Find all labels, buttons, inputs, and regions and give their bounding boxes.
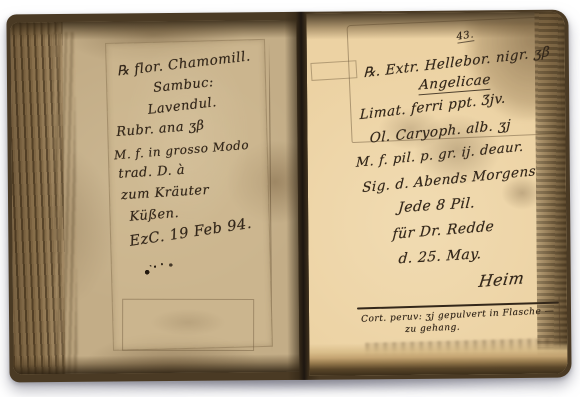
left-page-top-edge (10, 20, 296, 40)
book: ℞ flor. Chamomill. Sambuc: Lavendul. Rub… (6, 10, 571, 383)
handwriting-line: Küßen. (129, 206, 180, 225)
right-page: 43. ℞. Extr. Hellebor. nigr. ʒβ Angelica… (306, 12, 567, 376)
left-page-frayed-edge-inner (53, 32, 78, 374)
handwriting-line: für Dr. Redde (392, 219, 495, 243)
handwriting-line: ℞ flor. Chamomill. (116, 48, 251, 79)
pencil-outline-tab (310, 60, 357, 81)
handwriting-line: Sig. d. Abends Morgens (362, 163, 537, 196)
pencil-outline (122, 299, 254, 351)
date-line: d. 25. May. (398, 246, 482, 267)
right-page-top-edge (306, 12, 564, 40)
handwriting-line: Lavendul. (147, 95, 218, 118)
signature: Heim (478, 268, 526, 291)
handwriting-line: zum Kräuter (121, 183, 210, 203)
right-page-bottom-edge-stack (309, 342, 567, 376)
handwriting-line: Sambuc: (153, 75, 215, 96)
left-page: ℞ flor. Chamomill. Sambuc: Lavendul. Rub… (10, 20, 299, 374)
handwriting-line: M. f. in grosso Modo (113, 138, 249, 163)
corner-note: 43. (456, 29, 475, 43)
handwriting-line: trad. D. à (118, 163, 186, 182)
photo-of-open-manuscript-book: ℞ flor. Chamomill. Sambuc: Lavendul. Rub… (0, 0, 580, 397)
handwriting-line: Rubr. ana ʒβ (116, 118, 205, 140)
handwriting-line: Jede 8 Pil. (398, 195, 476, 216)
left-page-bottom-edge (13, 354, 299, 374)
